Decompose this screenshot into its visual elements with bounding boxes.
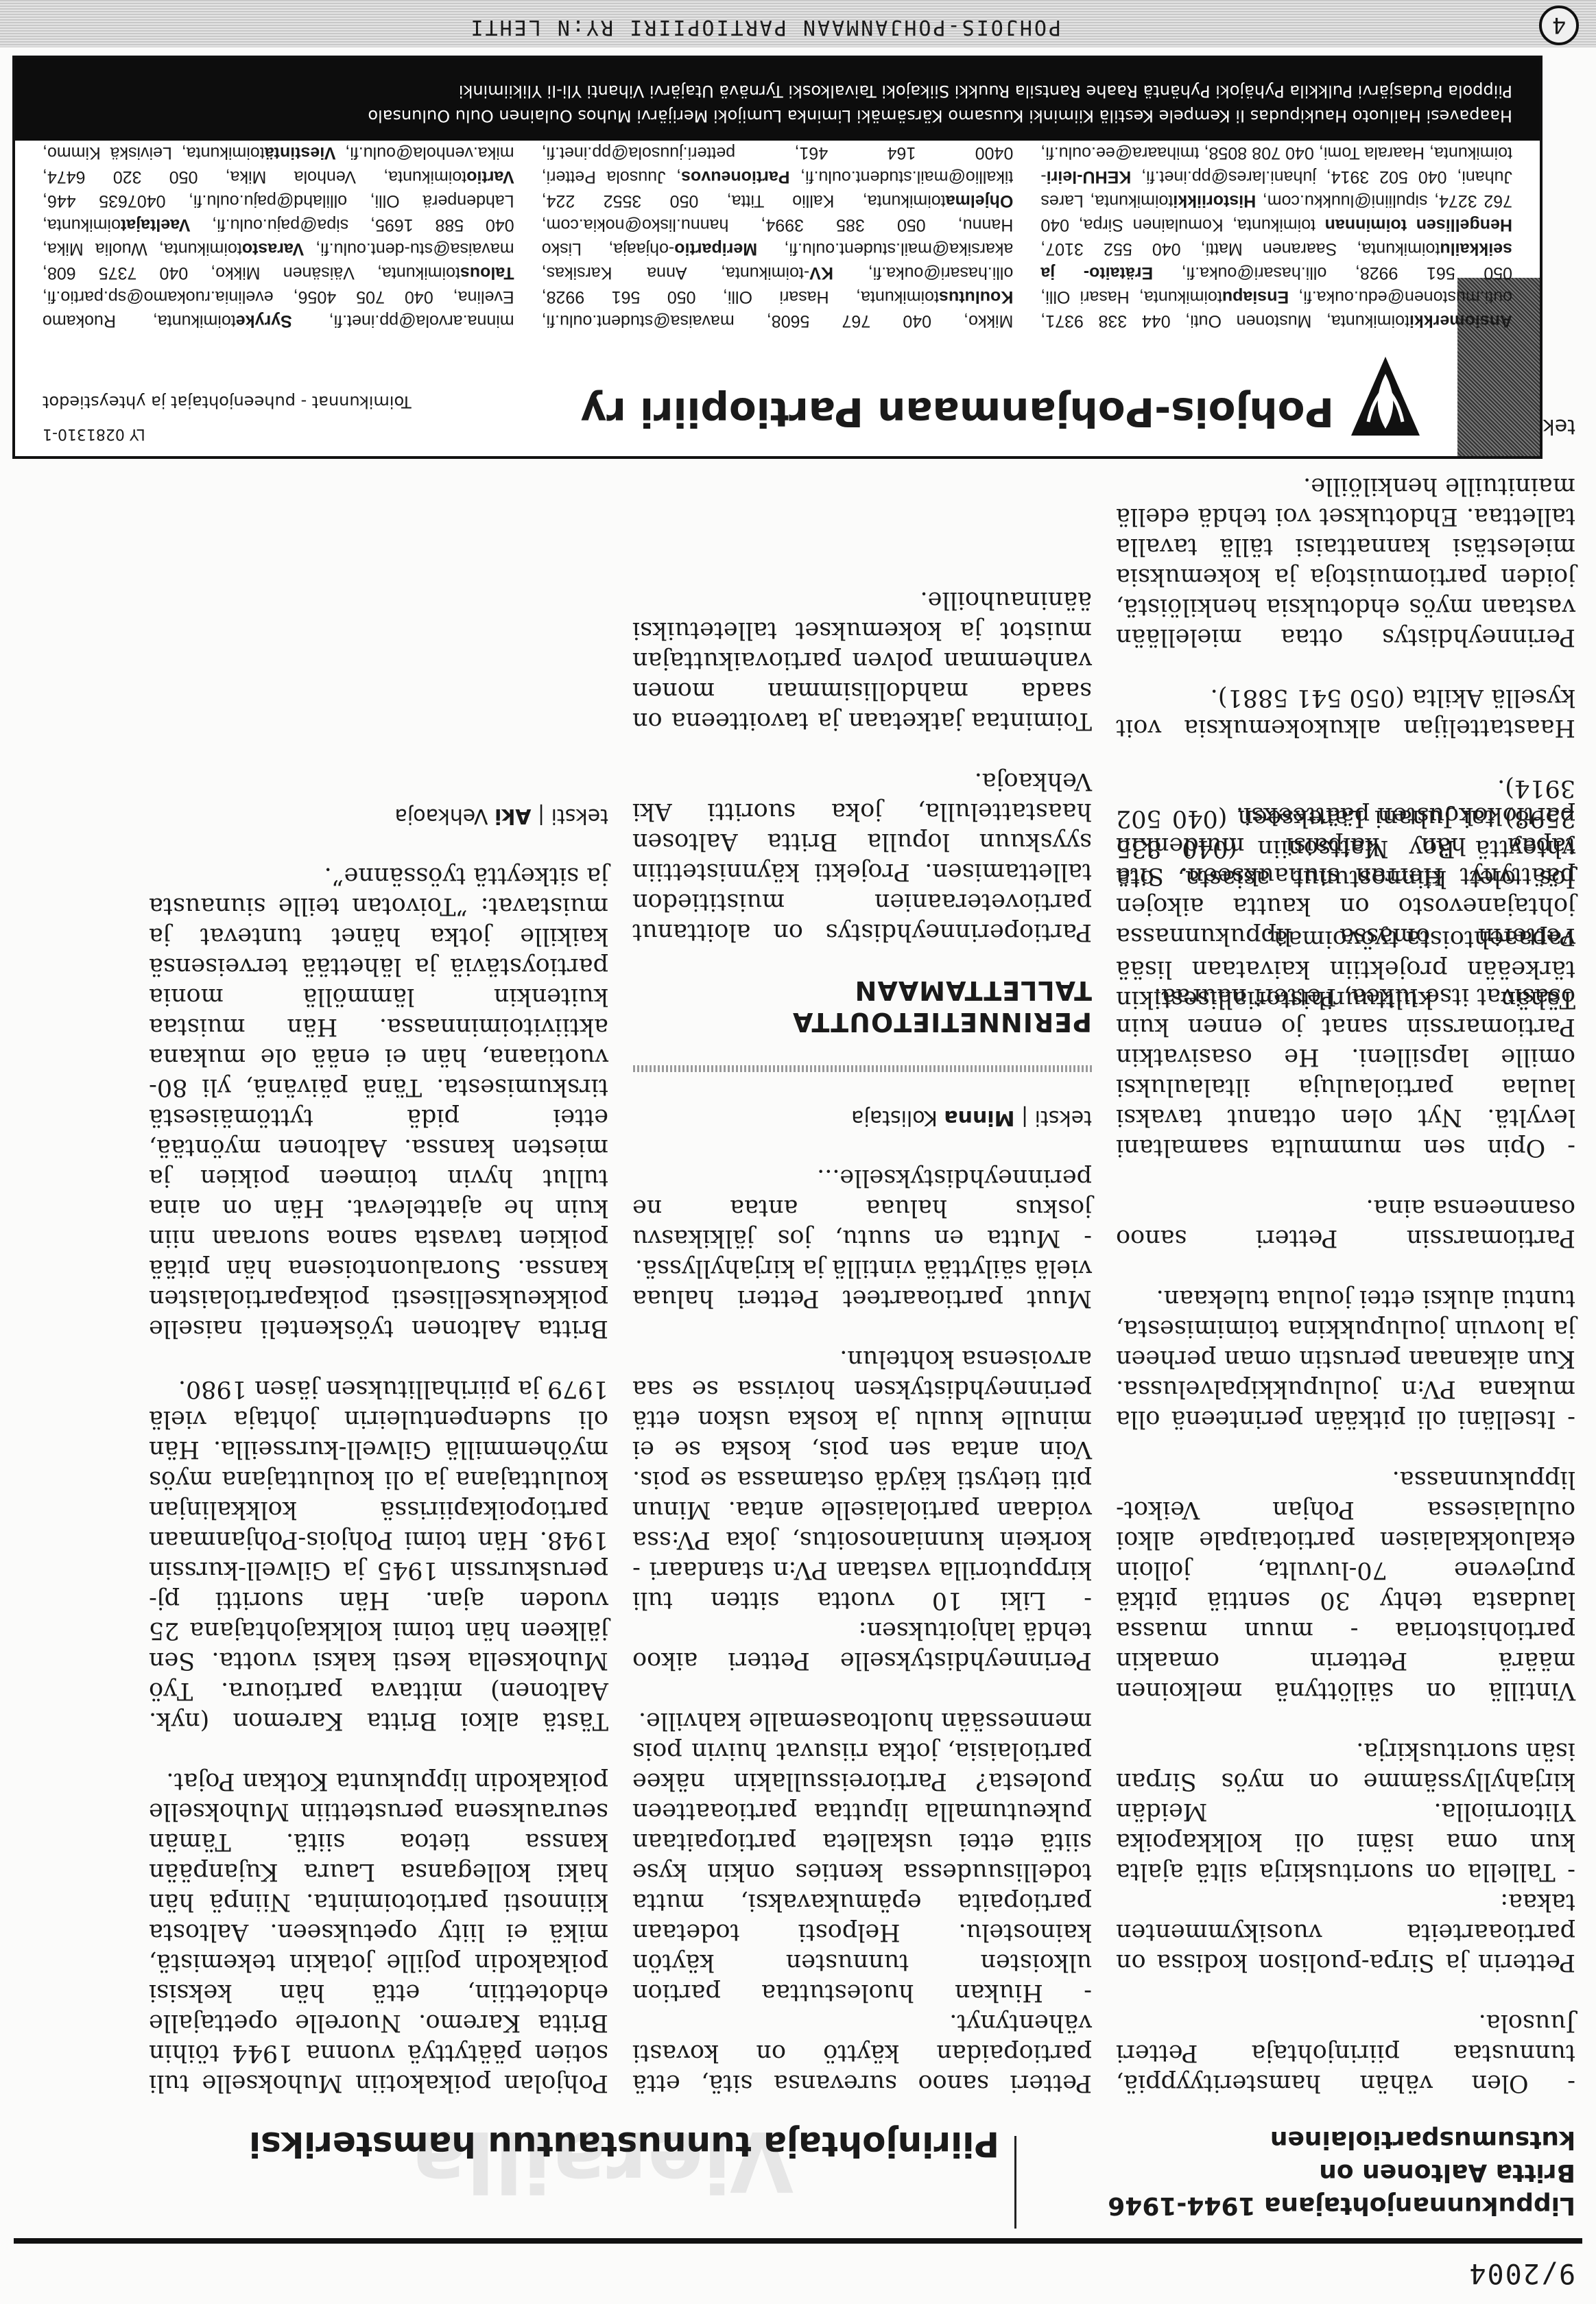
municipalities-line-1: Haapavesi Hailuoto Haukipudas Ii Kempele… [43, 104, 1512, 128]
column-britta-article: Pohjolan poikakotiin Muhokselle tuli sot… [149, 770, 608, 2098]
committee-contact: toimikunta, Saaranen Matti, 040 552 3107… [1040, 239, 1440, 259]
publication-name: POHJOIS-POHJANMAAN PARTIOPIIRI RY:N LEHT… [468, 15, 1061, 39]
committee-name: Partioneuvos [681, 167, 789, 187]
committee-contact: Mikko, 040 767 5608, mavaisa@student.oul… [542, 311, 1014, 331]
committee-name: Meripartio [674, 239, 757, 259]
committee-name: Talous [460, 263, 514, 283]
committee-name: Vartio [466, 167, 514, 187]
committee-name: Historiikki [1173, 191, 1256, 211]
paragraph: Vintillä on säilöttynä melkoinen määrä P… [1116, 1464, 1575, 1706]
byline-minna: teksti | Minna Kolistaja [632, 1102, 1092, 1132]
newspaper-page: Vierailla 9/2004 Lippukunnanjohtajana 19… [0, 0, 1596, 2304]
column-perinne-continued: Tähän kulttuurihistoriallisestikin tärke… [1116, 381, 1575, 1014]
committee-name: KV [809, 263, 833, 283]
committee-name: Ensiapu [1222, 287, 1289, 307]
paragraph: Toimintaa jatketaan ja tavoitteena on sa… [632, 585, 1092, 736]
partiopiiri-contact-box: Pohjois-Pohjanmaan Partiopiiri ry LY 028… [12, 56, 1543, 459]
committee-name: KEHU-leiri [1047, 167, 1132, 187]
paragraph: Muut partioaarteet Petteri haluaa vielä … [632, 1163, 1092, 1314]
committee-name: Varasto [242, 239, 304, 259]
paragraph: Partioperinneyhdistys on aloittanut part… [632, 766, 1092, 947]
page-number: 4 [1539, 5, 1579, 45]
municipalities-line-2: Piippola Pudasjärvi Pulkkila Pyhäjoki Py… [43, 79, 1512, 104]
registration-number: LY 0281310-1 [43, 425, 145, 442]
paragraph: Petteri sanoo surevansa sitä, että parti… [632, 1706, 1092, 2098]
column-continued: Petteri sanoo surevansa sitä, että parti… [632, 555, 1092, 2098]
paragraph: Britta Aaltonen työskenteli naiselle poi… [149, 861, 608, 1344]
committee-name: Vaeltajat [121, 215, 190, 235]
box-title: Pohjois-Pohjanmaan Partiopiiri ry [580, 389, 1334, 436]
header-divider [1014, 2136, 1016, 2229]
section-divider [632, 1065, 1092, 1072]
municipalities-band: Haapavesi Hailuoto Haukipudas Ii Kempele… [15, 58, 1540, 141]
article-headline: Piirinjohtaja tunnustautuu hamsteriksi [249, 2125, 999, 2165]
paragraph: Pohjolan poikakotiin Muhokselle tuli sot… [149, 1766, 608, 2098]
committee-name: Koulutus [939, 287, 1013, 307]
subhead-perinnetietoutta: PERINNETIETOUTTA TALLETTAMAAN [632, 975, 1092, 1038]
paragraph: Perinneyhdistys ottaa mielellään vastaan… [1116, 471, 1575, 652]
box-subtitle: Toimikunnat - puheenjohtajat ja yhteysti… [43, 392, 412, 412]
byline-aki: teksti | Aki Vehkaoja [149, 800, 608, 831]
paragraph: Haastattelijan alkukokemuksia voit kysel… [1116, 682, 1575, 743]
header-rule [14, 2238, 1582, 2244]
committee-name: Ohjelma [946, 191, 1014, 211]
paragraph: - Itselläni oli pitkään perinteenä olla … [1116, 1283, 1575, 1434]
committee-name: Viestintä [265, 143, 336, 163]
paragraph: Tästä alkoi Britta Karemon (nyk. Aaltone… [149, 1374, 608, 1736]
committee-contact: minna.arvola@pp.inet.fi, [292, 311, 514, 331]
article-kicker: Lippukunnanjohtajana 1944-1946 Britta Aa… [1054, 2123, 1575, 2222]
paragraph: Partiomarssin Petteri sanoo osanneensa a… [1116, 1193, 1575, 1253]
paragraph: Perinneyhdistykselle Petteri aikoo tehdä… [632, 1344, 1092, 1676]
paragraph: Tähän kulttuurihistoriallisestikin tärke… [1116, 924, 1575, 1014]
scout-lily-emblem-icon [1348, 353, 1423, 442]
paragraph: Jos olet kiinnostunut asiasta, ota yhtey… [1116, 773, 1575, 894]
committee-name: Syryke [236, 311, 292, 331]
issue-number: 9/2004 [1468, 2257, 1576, 2289]
paragraph: Petterin ja Sirpa-puolison kodissa on pa… [1116, 1736, 1575, 1978]
committee-name: Ansiomerkki [1409, 311, 1512, 331]
committee-name: Hengellisen toiminnan [1325, 215, 1512, 235]
paragraph: - Olen vähän hamsterityyppiä, tunnustaa … [1116, 2008, 1575, 2098]
